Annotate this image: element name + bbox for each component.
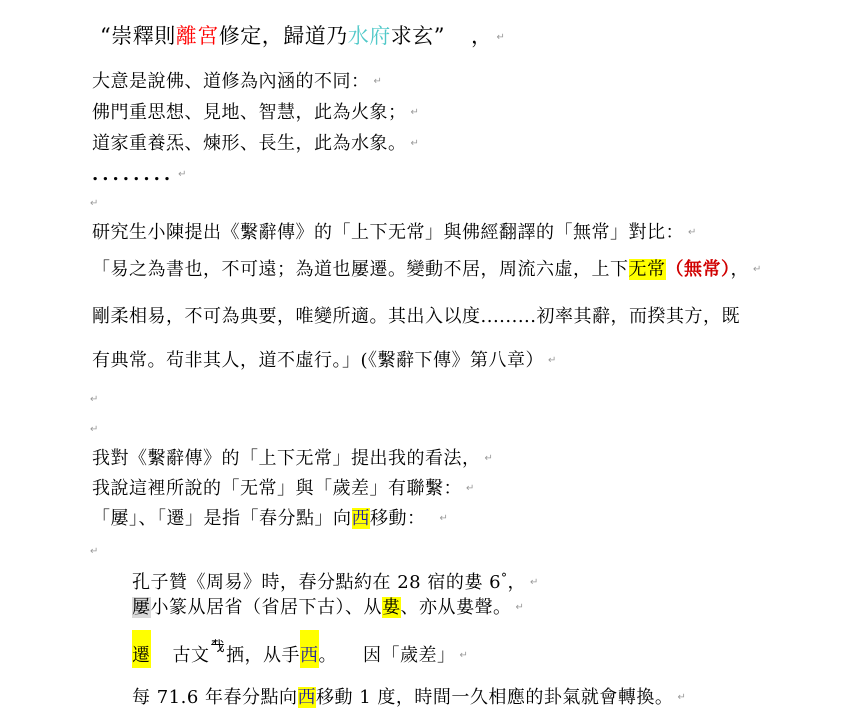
paragraph-mark-icon: ↵: [466, 483, 475, 494]
red-bold-text: （無常）: [666, 259, 731, 280]
paragraph-mark-icon: ↵: [178, 169, 187, 180]
text: 移動 1 度，時間一久相應的卦氣就會轉換。: [316, 687, 673, 708]
text: 。: [319, 645, 338, 666]
paragraph-mark-icon: ↵: [411, 138, 420, 149]
text: 研究生小陳提出《繫辭傳》的「上下无常」與佛經翻譯的「無常」對比：: [92, 222, 684, 243]
empty-line: ↵: [90, 540, 99, 564]
highlighted-text: 西: [298, 687, 317, 708]
text: 有典常。茍非其人，道不虛行。」(《繫辭下傳》第八章）: [92, 350, 544, 371]
text: 道家重養炁、煉形、長生，此為水象。: [92, 133, 407, 154]
paragraph-mark-icon: ↵: [548, 355, 557, 366]
para3-line1: 我對《繫辭傳》的「上下无常」提出我的看法，↵: [92, 447, 493, 471]
text: 剛柔相易，不可為典要，唯變所適。其出入以度.........初率其辭，而揆其方，…: [92, 306, 740, 327]
text: 「屢」、「遷」是指「春分點」向: [92, 508, 352, 529]
empty-line: ↵: [90, 388, 99, 412]
paragraph-mark-icon: ↵: [497, 32, 506, 43]
text: 我對《繫辭傳》的「上下无常」提出我的看法，: [92, 448, 481, 469]
paragraph-mark-icon: ↵: [90, 546, 99, 557]
text: 我說這裡所說的「无常」與「歲差」有聯繫：: [92, 478, 462, 499]
title-cyan-text: 水府: [348, 24, 391, 48]
indent-line4: 每 71.6 年春分點向西移動 1 度，時間一久相應的卦氣就會轉換。↵: [132, 686, 686, 710]
text: 拪，从手: [226, 645, 300, 666]
highlighted-text: 遷: [132, 630, 151, 668]
paragraph-mark-icon: ↵: [90, 394, 99, 405]
title-red-text: 離宮: [176, 24, 219, 48]
indent-line3: 遷古文𢦔拪，从手西。因「歲差」↵: [132, 630, 468, 668]
paragraph-mark-icon: ↵: [460, 650, 469, 661]
paragraph-mark-icon: ↵: [90, 424, 99, 435]
text: 「易之為書也，不可遠；為道也屢遷。變動不居，周流六虛，上下: [92, 259, 629, 280]
paragraph-mark-icon: ↵: [677, 692, 686, 703]
indent-line2: 屢小篆从居省（省居下古）、从婁、亦从婁聲。↵: [132, 596, 524, 620]
highlighted-text: 西: [352, 508, 371, 529]
quote-line2: 剛柔相易，不可為典要，唯變所適。其出入以度.........初率其辭，而揆其方，…: [92, 305, 740, 329]
paragraph-mark-icon: ↵: [530, 577, 539, 588]
highlighted-text: 西: [300, 630, 319, 668]
text: 佛門重思想、見地、智慧，此為火象；: [92, 102, 407, 123]
ellipsis-line: ........↵: [92, 163, 187, 187]
paragraph-mark-icon: ↵: [440, 513, 449, 524]
text: 孔子贊《周易》時，春分點約在 28 宿的婁 6: [132, 572, 501, 593]
text: 每 71.6 年春分點向: [132, 687, 298, 708]
gray-highlighted-text: 屢: [132, 597, 151, 618]
paragraph-mark-icon: ↵: [485, 453, 494, 464]
text: 古文: [173, 645, 210, 666]
text: 因「歲差」: [363, 645, 456, 666]
document-page: “崇釋則離宮修定，歸道乃水府求玄”，↵ 大意是說佛、道修為內涵的不同：↵ 佛門重…: [0, 0, 860, 716]
para3-line3: 「屢」、「遷」是指「春分點」向西移動：↵: [92, 507, 448, 531]
para3-line2: 我說這裡所說的「无常」與「歲差」有聯繫：↵: [92, 477, 475, 501]
text: 移動：: [370, 508, 426, 529]
title-seg5: 求玄”: [391, 24, 445, 48]
para1-line3: 道家重養炁、煉形、長生，此為水象。↵: [92, 132, 419, 156]
text: ，: [508, 572, 527, 593]
title-seg1: 崇釋則: [111, 24, 176, 48]
title-trailing-comma: ，: [471, 24, 493, 48]
ancient-script-glyph-icon: 𢦔: [211, 635, 226, 659]
text: 、亦从婁聲。: [401, 597, 512, 618]
paragraph-mark-icon: ↵: [688, 227, 697, 238]
paragraph-mark-icon: ↵: [411, 107, 420, 118]
text: 大意是說佛、道修為內涵的不同：: [92, 71, 370, 92]
quote-line1: 「易之為書也，不可遠；為道也屢遷。變動不居，周流六虛，上下无常（無常），↵: [92, 258, 762, 282]
open-quote: “: [100, 24, 111, 48]
title-seg3: 修定，歸道乃: [219, 24, 348, 48]
ellipsis-dots: ........: [92, 164, 174, 185]
paragraph-mark-icon: ↵: [374, 76, 383, 87]
quote-line3: 有典常。茍非其人，道不虛行。」(《繫辭下傳》第八章）↵: [92, 349, 557, 373]
paragraph-mark-icon: ↵: [516, 602, 525, 613]
text: ，: [731, 259, 750, 280]
highlighted-text: 婁: [382, 597, 401, 618]
para1-line1: 大意是說佛、道修為內涵的不同：↵: [92, 70, 382, 94]
para1-line2: 佛門重思想、見地、智慧，此為火象；↵: [92, 101, 419, 125]
indent-line1: 孔子贊《周易》時，春分點約在 28 宿的婁 6°，↵: [132, 566, 539, 595]
para2-intro: 研究生小陳提出《繫辭傳》的「上下无常」與佛經翻譯的「無常」對比：↵: [92, 221, 697, 245]
paragraph-mark-icon: ↵: [90, 198, 99, 209]
highlighted-text: 无常: [629, 259, 666, 280]
title-quote-line: “崇釋則離宮修定，歸道乃水府求玄”，↵: [100, 22, 505, 52]
text: 小篆从居省（省居下古）、从: [151, 597, 383, 618]
paragraph-mark-icon: ↵: [753, 264, 762, 275]
empty-line: ↵: [90, 192, 99, 216]
empty-line: ↵: [90, 418, 99, 442]
